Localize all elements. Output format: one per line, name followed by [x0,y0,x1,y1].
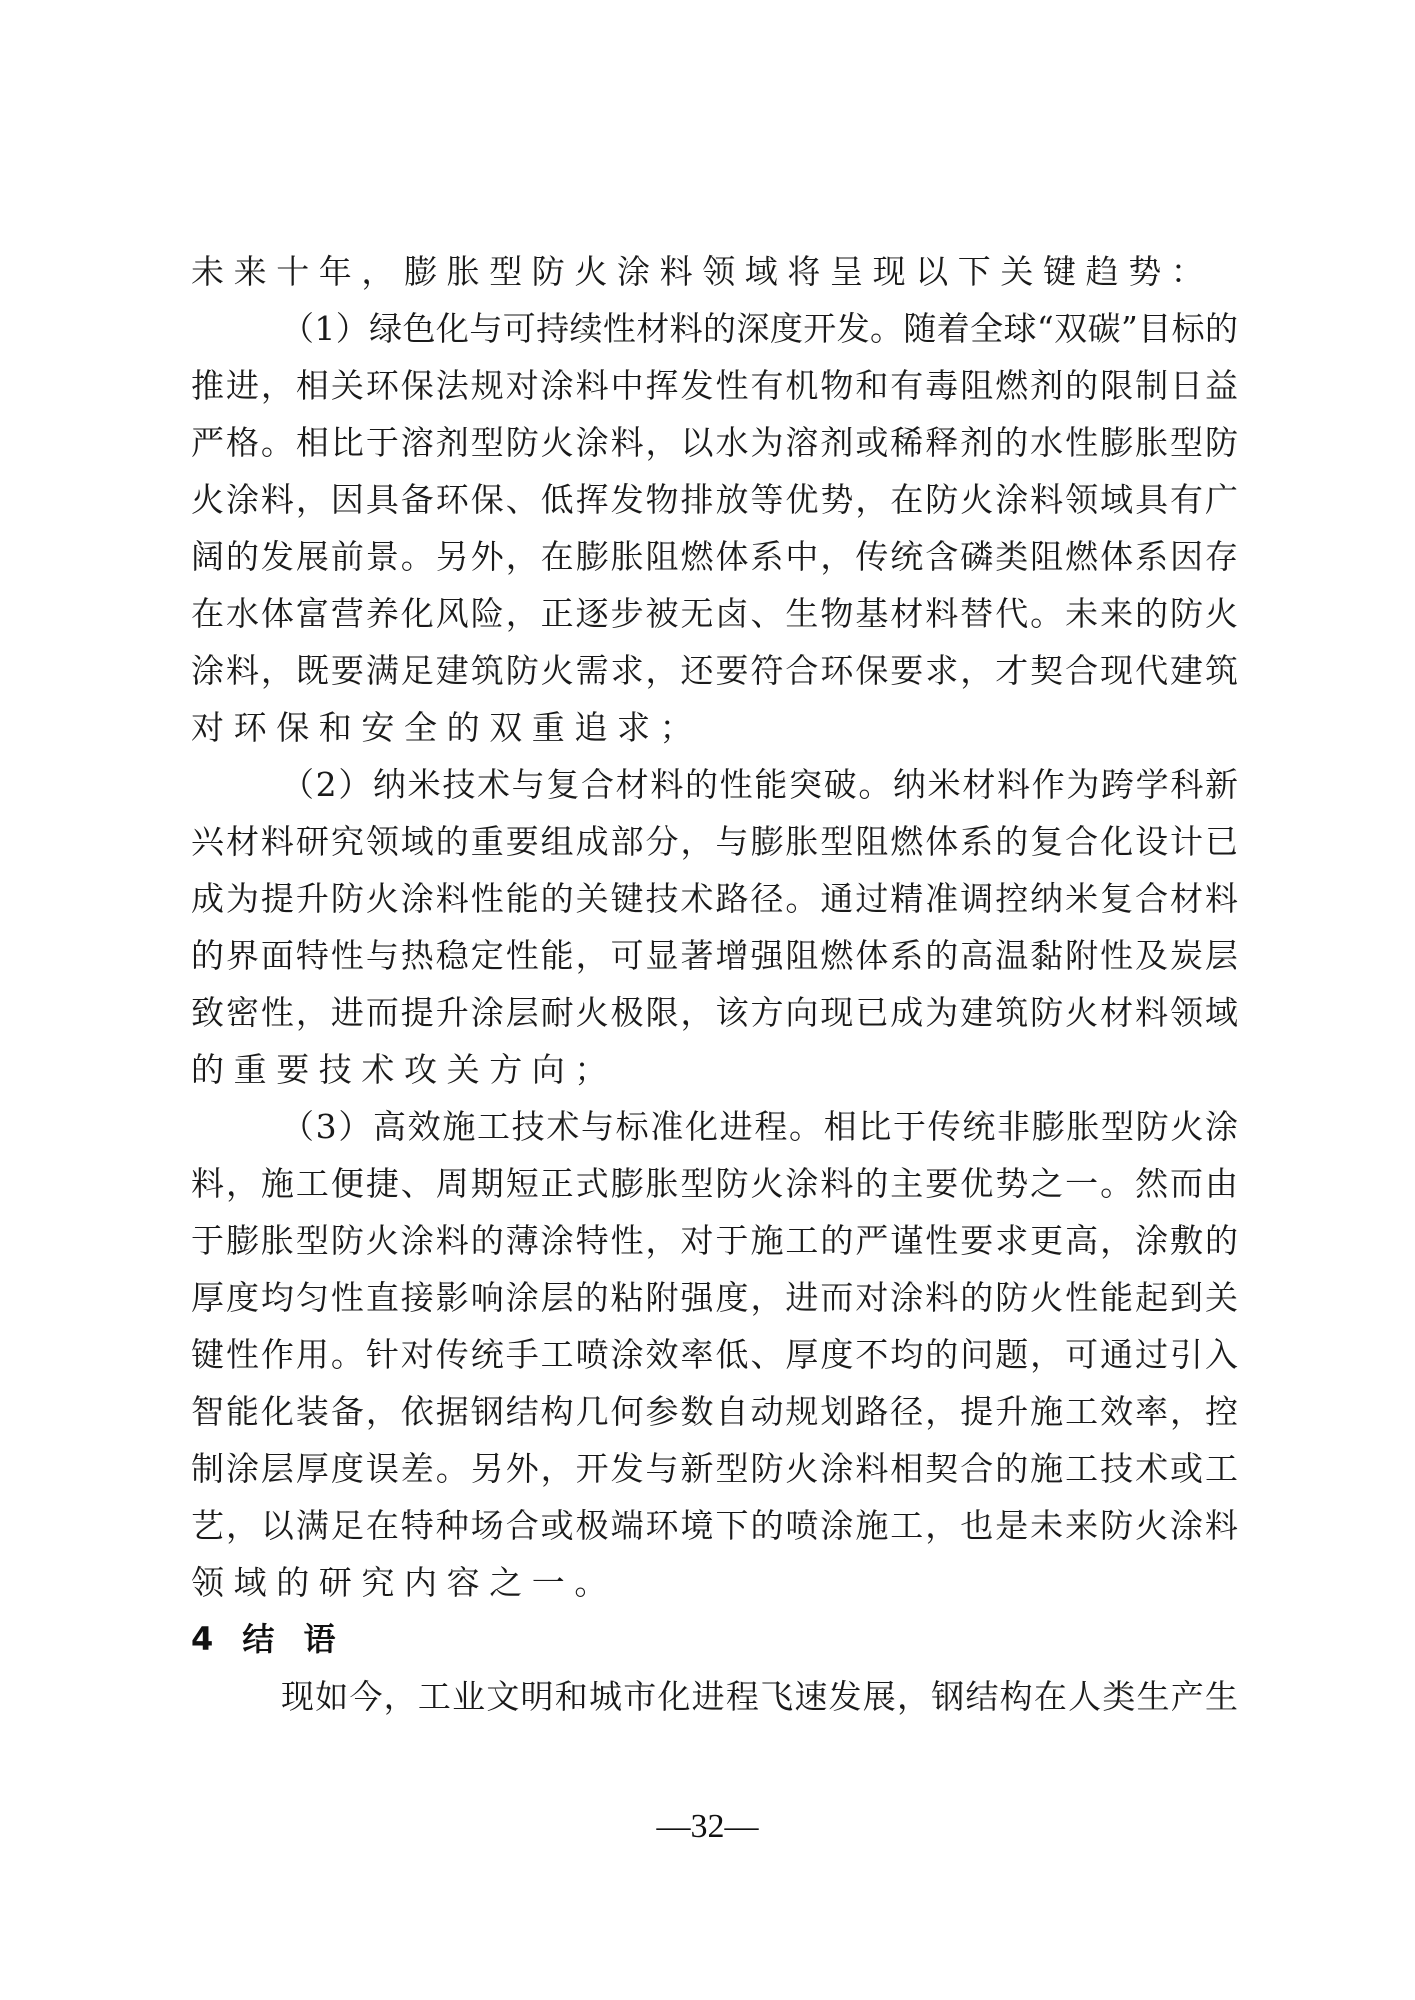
body-text: 未来十年，膨胀型防火涂料领域将呈现以下关键趋势： （1）绿色化与可持续性材料的深… [191,243,1238,1725]
trend-1-line: （1）绿色化与可持续性材料的深度开发。随着全球“双碳”目标的 [191,300,1238,357]
section-number: 4 [191,1620,215,1658]
conclusion-line: 现如今，工业文明和城市化进程飞速发展，钢结构在人类生产生 [191,1668,1238,1725]
section-heading: 4 结 语 [191,1611,1238,1668]
trend-1-line: 火涂料，因具备环保、低挥发物排放等优势，在防火涂料领域具有广 [191,471,1238,528]
trend-3-line: 艺，以满足在特种场合或极端环境下的喷涂施工，也是未来防火涂料 [191,1497,1238,1554]
trend-1-line: 严格。相比于溶剂型防火涂料，以水为溶剂或稀释剂的水性膨胀型防 [191,414,1238,471]
trend-3-line: 厚度均匀性直接影响涂层的粘附强度，进而对涂料的防火性能起到关 [191,1269,1238,1326]
trend-2-line: 兴材料研究领域的重要组成部分，与膨胀型阻燃体系的复合化设计已 [191,813,1238,870]
document-page: 未来十年，膨胀型防火涂料领域将呈现以下关键趋势： （1）绿色化与可持续性材料的深… [0,0,1415,2000]
trend-2-line: 的重要技术攻关方向； [191,1041,1238,1098]
page-number: —32— [0,1808,1415,1846]
trend-3-line: 智能化装备，依据钢结构几何参数自动规划路径，提升施工效率，控 [191,1383,1238,1440]
intro-line: 未来十年，膨胀型防火涂料领域将呈现以下关键趋势： [191,243,1238,300]
trend-3-line: 于膨胀型防火涂料的薄涂特性，对于施工的严谨性要求更高，涂敷的 [191,1212,1238,1269]
trend-1-line: 对环保和安全的双重追求； [191,699,1238,756]
trend-3-line: 领域的研究内容之一。 [191,1554,1238,1611]
trend-3-line: 键性作用。针对传统手工喷涂效率低、厚度不均的问题，可通过引入 [191,1326,1238,1383]
trend-2-line: 致密性，进而提升涂层耐火极限，该方向现已成为建筑防火材料领域 [191,984,1238,1041]
trend-3-line: （3）高效施工技术与标准化进程。相比于传统非膨胀型防火涂 [191,1098,1238,1155]
trend-1-line: 在水体富营养化风险，正逐步被无卤、生物基材料替代。未来的防火 [191,585,1238,642]
trend-2-line: 成为提升防火涂料性能的关键技术路径。通过精准调控纳米复合材料 [191,870,1238,927]
trend-1-line: 涂料，既要满足建筑防火需求，还要符合环保要求，才契合现代建筑 [191,642,1238,699]
trend-1-line: 推进，相关环保法规对涂料中挥发性有机物和有毒阻燃剂的限制日益 [191,357,1238,414]
trend-3-line: 料，施工便捷、周期短正式膨胀型防火涂料的主要优势之一。然而由 [191,1155,1238,1212]
trend-2-line: （2）纳米技术与复合材料的性能突破。纳米材料作为跨学科新 [191,756,1238,813]
trend-1-line: 阔的发展前景。另外，在膨胀阻燃体系中，传统含磷类阻燃体系因存 [191,528,1238,585]
section-title: 结 语 [242,1620,337,1658]
trend-3-line: 制涂层厚度误差。另外，开发与新型防火涂料相契合的施工技术或工 [191,1440,1238,1497]
trend-2-line: 的界面特性与热稳定性能，可显著增强阻燃体系的高温黏附性及炭层 [191,927,1238,984]
